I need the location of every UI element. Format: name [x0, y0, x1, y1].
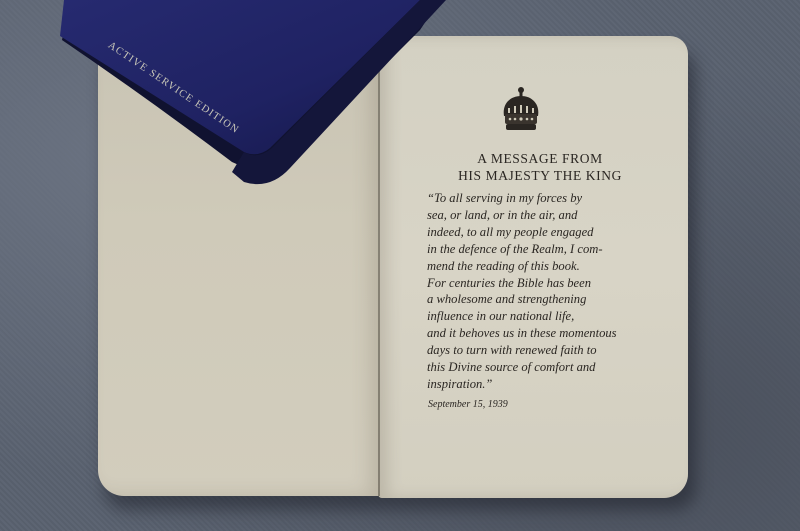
photo-scene: A MESSAGE FROM HIS MAJESTY THE KING “To …	[0, 0, 800, 531]
blue-book-cover	[0, 0, 800, 531]
